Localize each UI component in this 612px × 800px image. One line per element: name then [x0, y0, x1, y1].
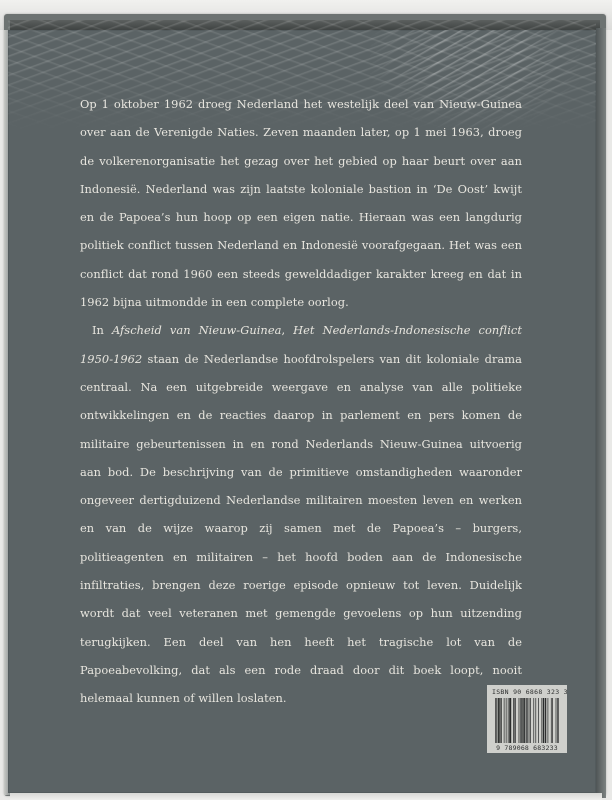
blurb-prefix: In: [92, 323, 112, 337]
barcode-bars-icon: [495, 698, 559, 743]
page-edge: [10, 20, 600, 30]
blurb-separator: ,: [281, 323, 293, 337]
bottom-edge: [10, 793, 602, 800]
isbn-barcode: ISBN 90 6868 323 3 9 789068 683233: [487, 685, 567, 753]
blurb-body: staan de Nederlandse hoofdrolspelers van…: [80, 352, 522, 706]
ean-digits: 9 789068 683233: [492, 744, 562, 752]
right-edge: [596, 28, 606, 798]
blurb-paragraph-1: Op 1 oktober 1962 droeg Nederland het we…: [80, 90, 522, 316]
book-title: Afscheid van Nieuw-Guinea: [112, 323, 281, 337]
back-cover-blurb: Op 1 oktober 1962 droeg Nederland het we…: [80, 90, 522, 713]
isbn-label: ISBN 90 6868 323 3: [492, 688, 562, 696]
blurb-paragraph-2: In Afscheid van Nieuw-Guinea, Het Nederl…: [80, 316, 522, 712]
